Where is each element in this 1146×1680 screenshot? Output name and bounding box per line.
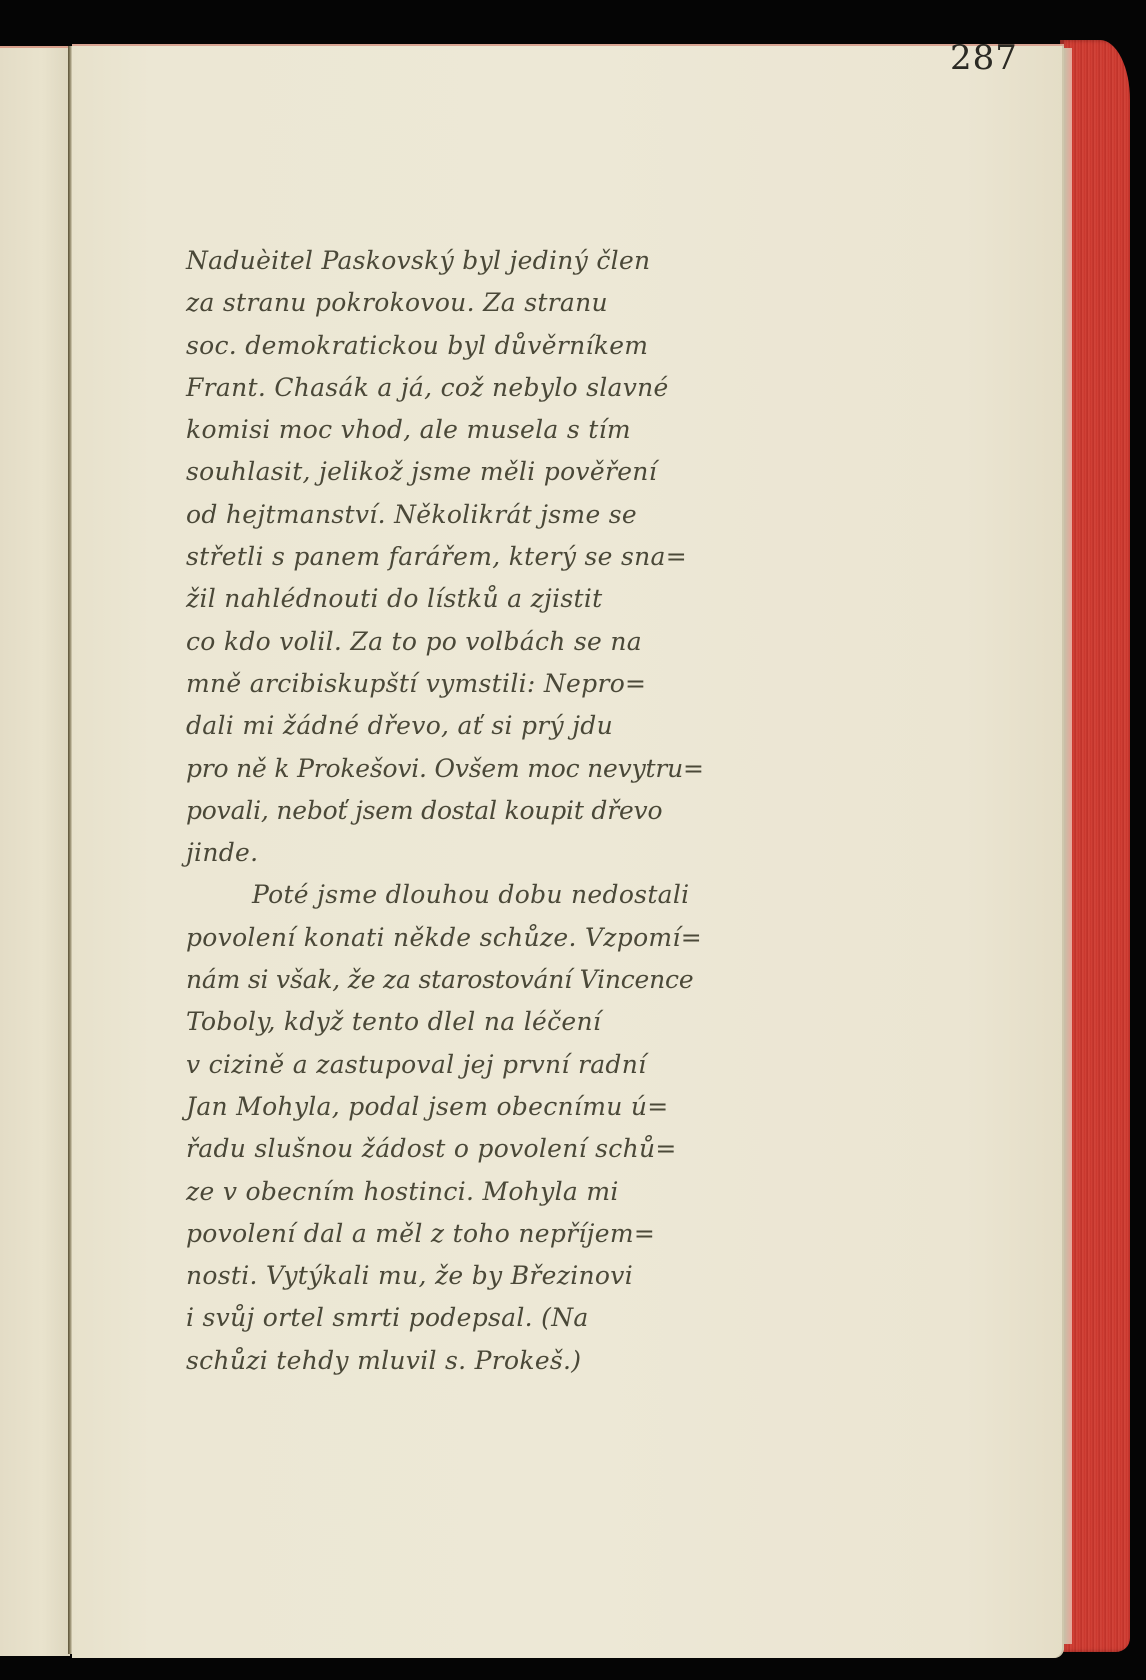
book-scan: 287 Naduèitel Paskovský byl jediný člen …	[0, 0, 1146, 1680]
text-line: soc. demokratickou byl důvěrníkem	[186, 325, 846, 367]
text-line: Jan Mohyla, podal jsem obecnímu ú=	[186, 1086, 846, 1128]
text-line: pro ně k Prokešovi. Ovšem moc nevytru=	[186, 748, 846, 790]
text-line: dali mi žádné dřevo, ať si prý jdu	[186, 705, 846, 747]
text-line: povali, neboť jsem dostal koupit dřevo	[186, 790, 846, 832]
text-line: komisi moc vhod, ale musela s tím	[186, 409, 846, 451]
text-line: řadu slušnou žádost o povolení schů=	[186, 1128, 846, 1170]
text-line: Naduèitel Paskovský byl jediný člen	[186, 240, 846, 282]
text-line: jinde.	[186, 832, 846, 874]
paragraph-start-line: Poté jsme dlouhou dobu nedostali	[186, 874, 846, 916]
text-line: střetli s panem farářem, který se sna=	[186, 536, 846, 578]
text-line: žil nahlédnouti do lístků a zjistit	[186, 578, 846, 620]
text-line: povolení konati někde schůze. Vzpomí=	[186, 917, 846, 959]
text-line: nosti. Vytýkali mu, že by Březinovi	[186, 1255, 846, 1297]
text-line: v cizině a zastupoval jej první radní	[186, 1044, 846, 1086]
text-line: schůzi tehdy mluvil s. Prokeš.)	[186, 1340, 846, 1382]
text-line: Frant. Chasák a já, což nebylo slavné	[186, 367, 846, 409]
text-line: za stranu pokrokovou. Za stranu	[186, 282, 846, 324]
handwritten-text: Naduèitel Paskovský byl jediný člen za s…	[186, 240, 846, 1382]
previous-page-edge	[0, 46, 70, 1656]
page-number: 287	[950, 38, 1018, 78]
text-line: co kdo volil. Za to po volbách se na	[186, 621, 846, 663]
text-line: Toboly, když tento dlel na léčení	[186, 1001, 846, 1043]
text-line: souhlasit, jelikož jsme měli pověření	[186, 451, 846, 493]
text-line: i svůj ortel smrti podepsal. (Na	[186, 1297, 846, 1339]
text-line: mně arcibiskupští vymstili: Nepro=	[186, 663, 846, 705]
text-line: od hejtmanství. Několikrát jsme se	[186, 494, 846, 536]
text-line: povolení dal a měl z toho nepříjem=	[186, 1213, 846, 1255]
text-line: ze v obecním hostinci. Mohyla mi	[186, 1171, 846, 1213]
text-line: nám si však, že za starostování Vincence	[186, 959, 846, 1001]
page-edge-inner	[1064, 48, 1072, 1644]
